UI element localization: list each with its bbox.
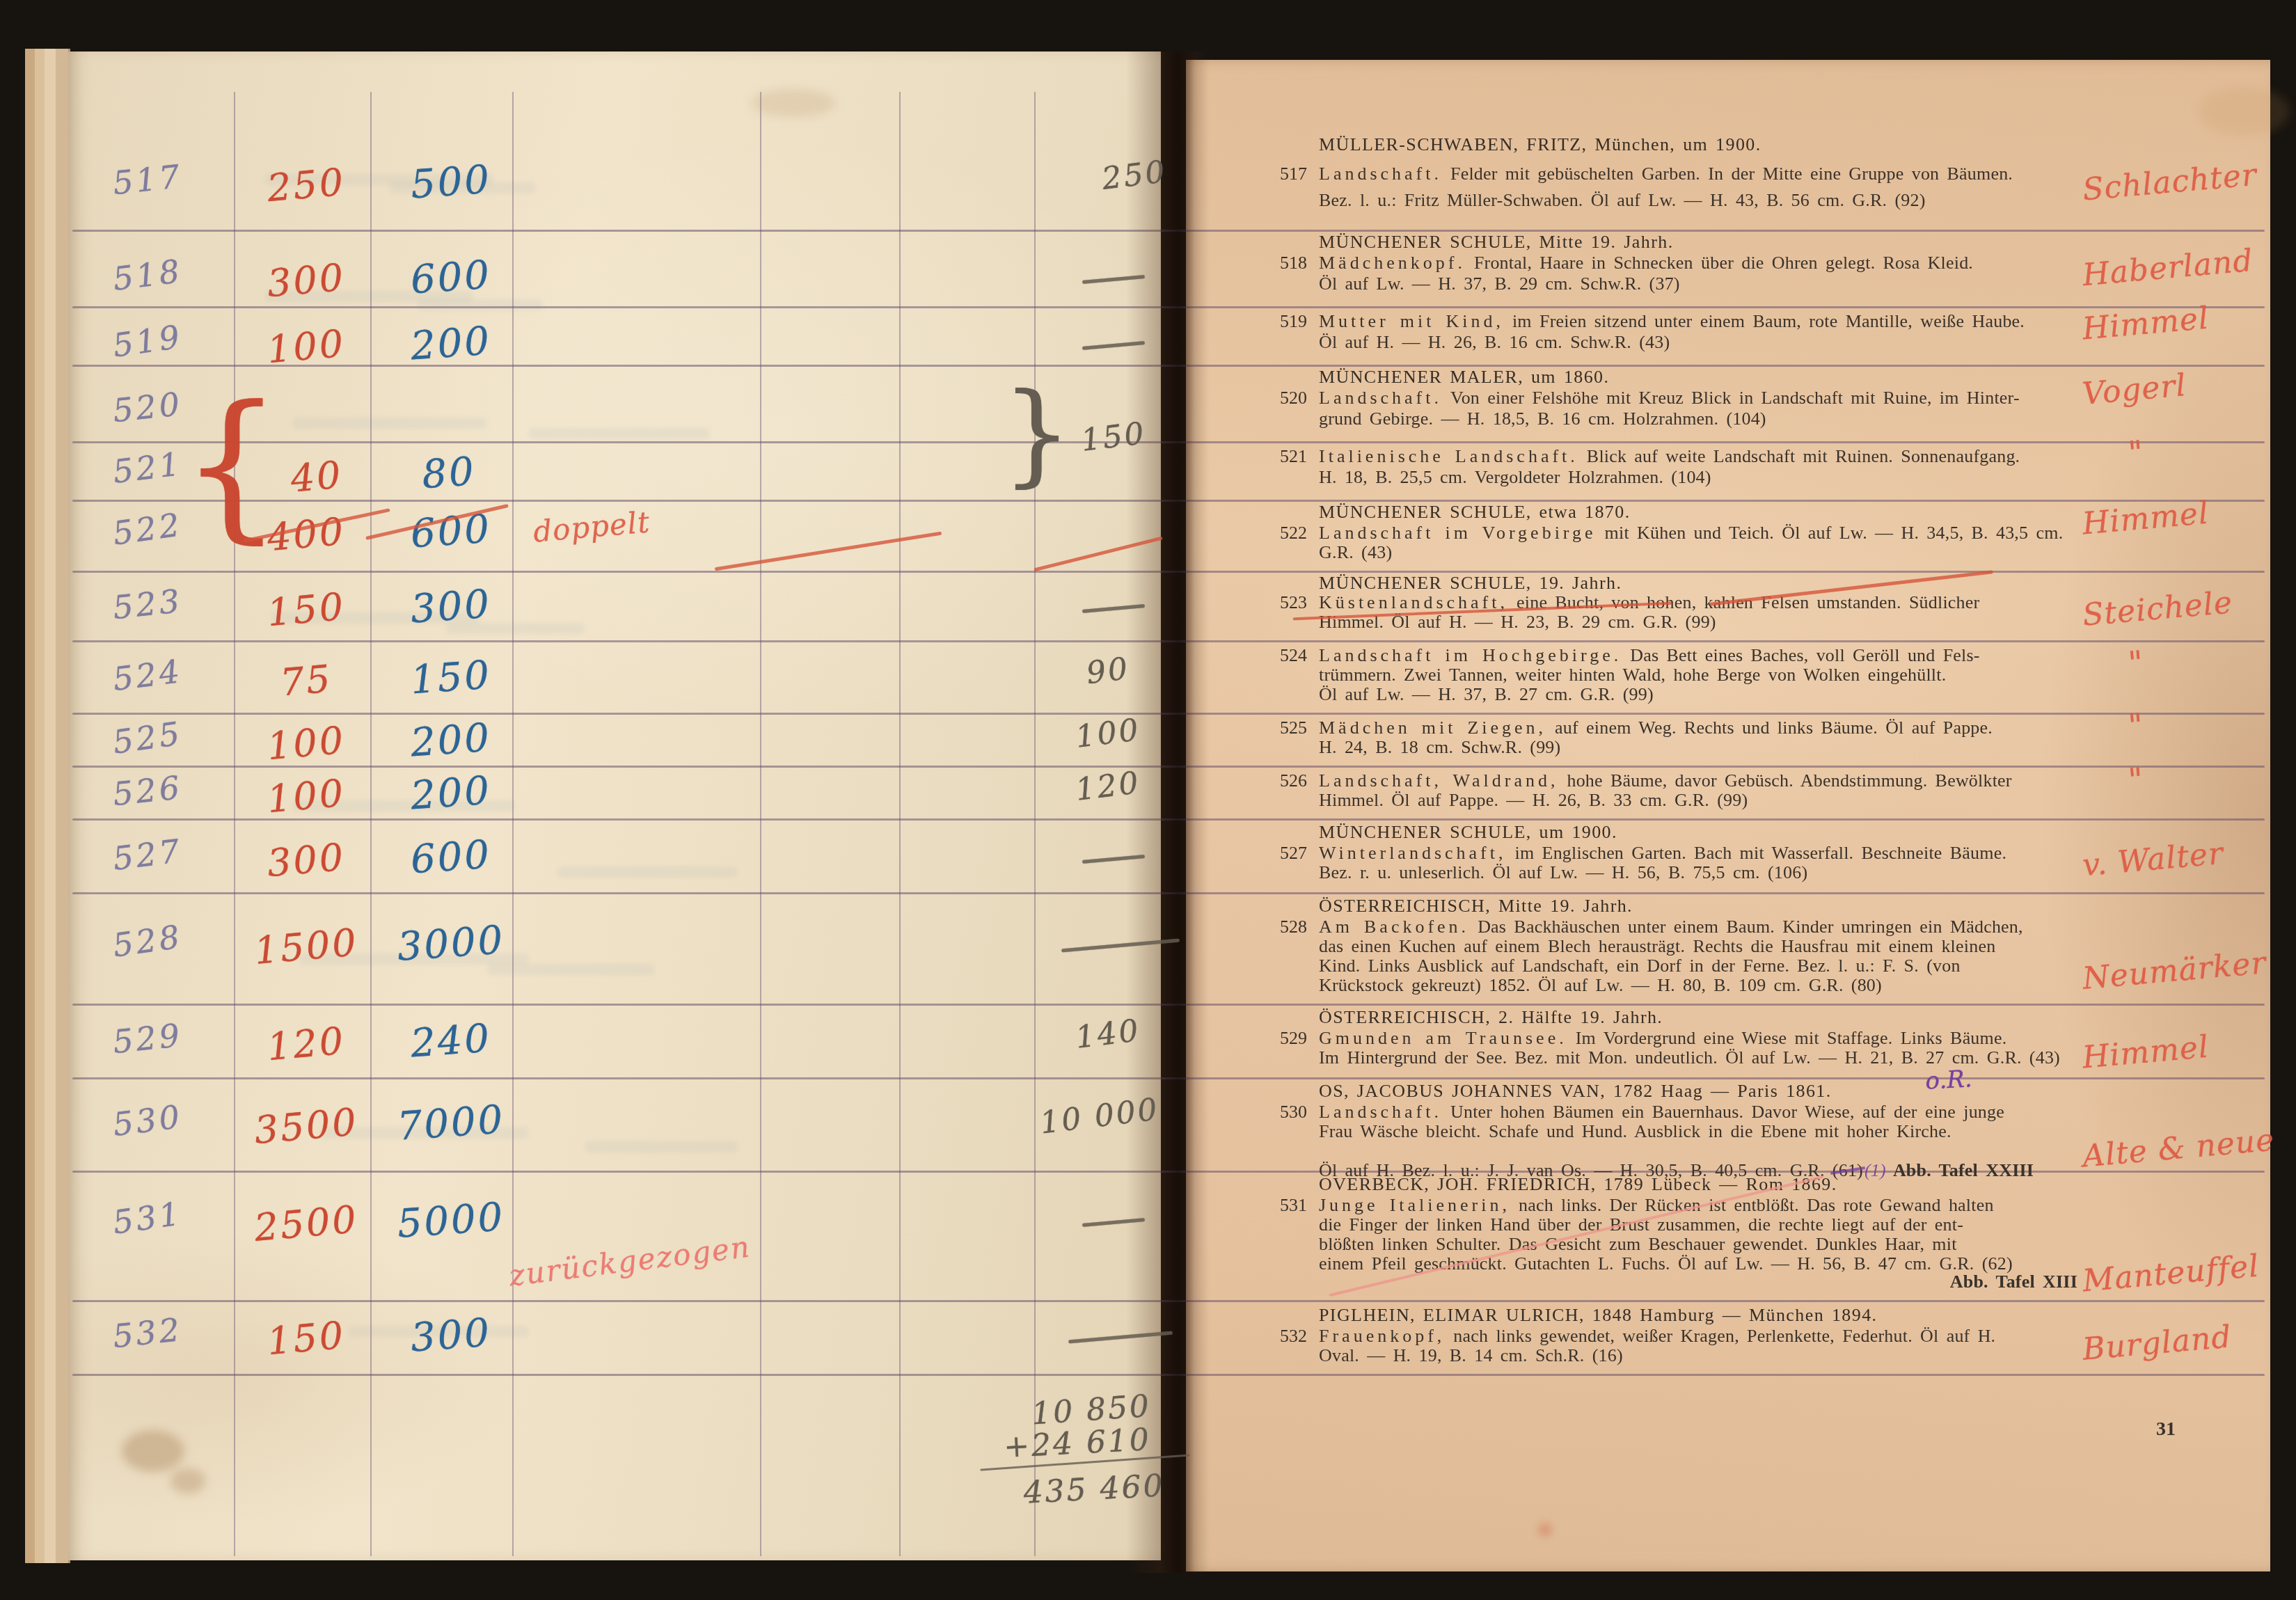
catalog-lot-number: 517 — [1247, 164, 1307, 184]
ledger-limit-price: 300 — [265, 255, 347, 306]
ledger-estimate-price: 240 — [409, 1016, 493, 1067]
catalog-line: Landschaft im Hochgebirge.Das Bett eines… — [1319, 645, 1980, 666]
ledger-limit-price: 3500 — [253, 1100, 360, 1153]
ledger-estimate-price: 300 — [409, 1310, 493, 1361]
catalog-line: Gmunden am Traunsee.Im Vordergrund eine … — [1319, 1028, 2006, 1049]
book-gutter — [1126, 52, 1210, 1573]
ledger-lot-number: 532 — [111, 1310, 184, 1355]
ledger-limit-price: 150 — [265, 585, 347, 635]
margin-note-521: " — [2127, 433, 2146, 472]
plate-reference: Abb. Tafel XIII — [1950, 1272, 2077, 1292]
catalog-line: Landschaft.Felder mit gebüschelten Garbe… — [1319, 164, 2013, 184]
book-spread: 5172505002505183006005191002005204080150… — [0, 0, 2296, 1600]
ledger-estimate-price: 200 — [409, 715, 493, 766]
ledger-estimate-price: 5000 — [396, 1194, 507, 1247]
catalog-work-title: Landschaft. — [1319, 388, 1442, 408]
annotation-or: o.R. — [1924, 1065, 1972, 1095]
catalog-line: Bez. l. u.: Fritz Müller-Schwaben. Öl au… — [1319, 190, 1926, 211]
plate-reference: Abb. Tafel XXIII — [1893, 1160, 2034, 1180]
page-stack-edge — [35, 49, 45, 1563]
ledger-estimate-price: 3000 — [396, 917, 507, 970]
bleed-through-ghost — [529, 428, 710, 439]
catalog-work-title: Mädchenkopf. — [1319, 253, 1466, 273]
bleed-through-ghost — [585, 1141, 738, 1153]
catalog-lot-number: 526 — [1247, 770, 1307, 791]
catalog-line: Oval. — H. 19, B. 14 cm. Sch.R. (16) — [1319, 1345, 1623, 1366]
catalog-line: Krückstock gekreuzt) 1852. Öl auf Lw. — … — [1319, 975, 1882, 996]
catalog-heading: MÜNCHENER SCHULE, etwa 1870. — [1319, 502, 1631, 523]
bleed-through-ghost — [487, 964, 654, 975]
catalog-heading: PIGLHEIN, ELIMAR ULRICH, 1848 Hamburg — … — [1319, 1305, 1877, 1326]
ledger-lot-number: 517 — [111, 157, 184, 202]
catalog-work-title: Mutter mit Kind, — [1319, 311, 1504, 331]
bleed-through-ghost — [292, 418, 487, 429]
ledger-estimate-price: 600 — [409, 253, 493, 303]
catalog-heading: MÜNCHENER SCHULE, um 1900. — [1319, 822, 1617, 843]
catalog-line: Junge Italienerin,nach links. Der Rücken… — [1319, 1195, 1994, 1216]
ledger-limit-price: 150 — [265, 1313, 347, 1364]
catalog-line: blößten linken Schulter. Das Gesicht zum… — [1319, 1234, 1957, 1255]
catalog-lot-number: 521 — [1247, 446, 1307, 467]
ledger-lot-number: 523 — [111, 582, 184, 626]
page-stack-edge — [25, 49, 35, 1563]
catalog-line: das einen Kuchen auf einem Blech heraust… — [1319, 936, 1995, 957]
ledger-limit-price: 100 — [265, 322, 347, 372]
catalog-line: Landschaft.Unter hohen Bäumen ein Bauern… — [1319, 1102, 2004, 1123]
ledger-limit-price: 300 — [265, 835, 347, 886]
ledger-limit-price: 250 — [265, 160, 347, 211]
ledger-lot-number: 529 — [111, 1016, 184, 1061]
page-stack-edge — [45, 49, 56, 1563]
catalog-line: G.R. (43) — [1319, 542, 1392, 563]
catalog-work-title: Mädchen mit Ziegen, — [1319, 718, 1546, 738]
catalog-lot-number: 528 — [1247, 917, 1307, 937]
catalog-heading: ÖSTERREICHISCH, Mitte 19. Jahrh. — [1319, 896, 1633, 917]
catalog-work-title: Italienische Landschaft. — [1319, 446, 1578, 466]
catalog-lot-number: 518 — [1247, 253, 1307, 274]
catalog-work-title: Landschaft im Vorgebirge — [1319, 523, 1597, 543]
catalog-work-title: Winterlandschaft, — [1319, 843, 1507, 863]
margin-note-524: " — [2127, 643, 2146, 682]
catalog-line: Frauenkopf,nach links gewendet, weißer K… — [1319, 1326, 1995, 1347]
paper-stain — [2199, 87, 2290, 136]
catalog-heading: OS, JACOBUS JOHANNES VAN, 1782 Haag — Pa… — [1319, 1081, 1832, 1102]
ledger-limit-price: 2500 — [253, 1197, 360, 1250]
catalog-work-title: Landschaft. — [1319, 1102, 1442, 1122]
column-line — [899, 92, 901, 1556]
catalog-lot-number: 520 — [1247, 388, 1307, 409]
catalog-line: H. 24, B. 18 cm. Schw.R. (99) — [1319, 737, 1560, 758]
ledger-estimate-price: 300 — [409, 582, 493, 633]
ledger-limit-price: 40 — [289, 452, 345, 500]
price-brace-red: { — [181, 372, 283, 558]
catalog-line: Mädchenkopf.Frontal, Haare in Schnecken … — [1319, 253, 1973, 274]
paper-stain — [1539, 1524, 1551, 1535]
catalog-work-title: Landschaft, Waldrand, — [1319, 770, 1558, 791]
ledger-estimate-price: 150 — [409, 653, 493, 704]
catalog-work-title: Gmunden am Traunsee. — [1319, 1028, 1567, 1048]
catalog-line: Bez. r. u. unleserlich. Öl auf Lw. — H. … — [1319, 862, 1807, 883]
catalog-lot-number: 523 — [1247, 592, 1307, 613]
ledger-estimate-price: 7000 — [396, 1097, 507, 1150]
catalog-line: trümmern. Zwei Tannen, weiter hinten Wal… — [1319, 665, 1946, 686]
ledger-limit-price: 100 — [265, 771, 347, 822]
page-number: 31 — [2156, 1418, 2176, 1441]
ledger-estimate-price: 200 — [409, 768, 493, 819]
catalog-line: H. 18, B. 25,5 cm. Vergoldeter Holzrahme… — [1319, 467, 1711, 488]
catalog-line: Mutter mit Kind,im Freien sitzend unter … — [1319, 311, 2025, 332]
ledger-estimate-price: 600 — [409, 507, 493, 557]
catalog-line: grund Gebirge. — H. 18,5, B. 16 cm. Holz… — [1319, 409, 1766, 429]
margin-note-525: " — [2127, 706, 2146, 745]
ledger-limit-price: 100 — [265, 718, 347, 769]
ledger-limit-price: 1500 — [253, 920, 360, 973]
paper-stain — [171, 1468, 205, 1494]
catalog-work-title: Landschaft. — [1319, 164, 1442, 184]
catalog-heading: MÜNCHENER SCHULE, Mitte 19. Jahrh. — [1319, 232, 1674, 253]
catalog-lot-number: 530 — [1247, 1102, 1307, 1123]
catalog-line: Italienische Landschaft.Blick auf weite … — [1319, 446, 2020, 467]
catalog-work-title: Landschaft im Hochgebirge. — [1319, 645, 1622, 665]
catalog-line: Himmel. Öl auf Pappe. — H. 26, B. 33 cm.… — [1319, 790, 1748, 811]
catalog-line: Am Backofen.Das Backhäuschen unter einem… — [1319, 917, 2023, 937]
column-line — [234, 92, 235, 1556]
catalog-lot-number: 529 — [1247, 1028, 1307, 1049]
paper-stain — [122, 1430, 184, 1472]
ledger-limit-price: 120 — [265, 1019, 347, 1070]
ledger-estimate-price: 500 — [409, 157, 493, 208]
catalog-work-title: Am Backofen. — [1319, 917, 1469, 937]
catalog-lot-number: 522 — [1247, 523, 1307, 544]
handwritten-correction: (1) — [1864, 1160, 1886, 1180]
catalog-lot-number: 532 — [1247, 1326, 1307, 1347]
ledger-lot-number: 526 — [111, 768, 184, 813]
catalog-heading: MÜLLER-SCHWABEN, FRITZ, München, um 1900… — [1319, 134, 1761, 155]
catalog-work-title: Junge Italienerin, — [1319, 1195, 1510, 1215]
catalog-heading: ÖSTERREICHISCH, 2. Hälfte 19. Jahrh. — [1319, 1007, 1663, 1028]
catalog-line: Mädchen mit Ziegen,auf einem Weg. Rechts… — [1319, 718, 1993, 738]
catalog-lot-number: 525 — [1247, 718, 1307, 738]
catalog-line: Landschaft.Von einer Felshöhe mit Kreuz … — [1319, 388, 2020, 409]
catalog-line: Kind. Links Ausblick auf Landschaft, ein… — [1319, 956, 1961, 976]
ledger-estimate-price: 600 — [409, 832, 493, 883]
margin-note-526: " — [2127, 760, 2146, 799]
result-brace-pencil: } — [1001, 368, 1072, 498]
catalog-line: Öl auf H. — H. 26, B. 16 cm. Schw.R. (43… — [1319, 332, 1670, 353]
ledger-page — [68, 52, 1161, 1560]
column-line — [760, 92, 761, 1556]
ledger-estimate-price: 200 — [409, 319, 493, 370]
catalog-lot-number: 527 — [1247, 843, 1307, 864]
catalog-line: Landschaft im Vorgebirgemit Kühen und Te… — [1319, 523, 2063, 544]
catalog-lot-number: 519 — [1247, 311, 1307, 332]
column-line — [1034, 92, 1036, 1556]
catalog-line: die Finger der linken Hand über der Brus… — [1319, 1214, 1963, 1235]
ledger-estimate-price: 80 — [420, 449, 477, 498]
paper-stain — [752, 89, 835, 117]
ledger-lot-number: 520 — [111, 385, 184, 429]
sum-total: 435 460 — [1022, 1468, 1165, 1511]
catalog-lot-number: 531 — [1247, 1195, 1307, 1216]
catalog-line: Landschaft, Waldrand,hohe Bäume, davor G… — [1319, 770, 2012, 791]
catalog-work-title: Frauenkopf, — [1319, 1326, 1445, 1346]
catalog-line: Winterlandschaft,im Englischen Garten. B… — [1319, 843, 2006, 864]
ledger-limit-price: 75 — [278, 656, 334, 704]
catalog-line: Im Hintergrund der See. Bez. mit Mon. un… — [1319, 1047, 2060, 1068]
catalog-heading: MÜNCHENER MALER, um 1860. — [1319, 367, 1609, 388]
catalog-heading: MÜNCHENER SCHULE, 19. Jahrh. — [1319, 573, 1622, 594]
catalog-line: Öl auf Lw. — H. 37, B. 29 cm. Schw.R. (3… — [1319, 274, 1680, 294]
catalog-lot-number: 524 — [1247, 645, 1307, 666]
ledger-result: 90 — [1084, 651, 1132, 691]
bleed-through-ghost — [557, 866, 738, 878]
catalog-line: Frau Wäsche bleicht. Schafe und Hund. Au… — [1319, 1121, 1951, 1142]
catalog-line: Öl auf Lw. — H. 37, B. 27 cm. G.R. (99) — [1319, 684, 1654, 705]
